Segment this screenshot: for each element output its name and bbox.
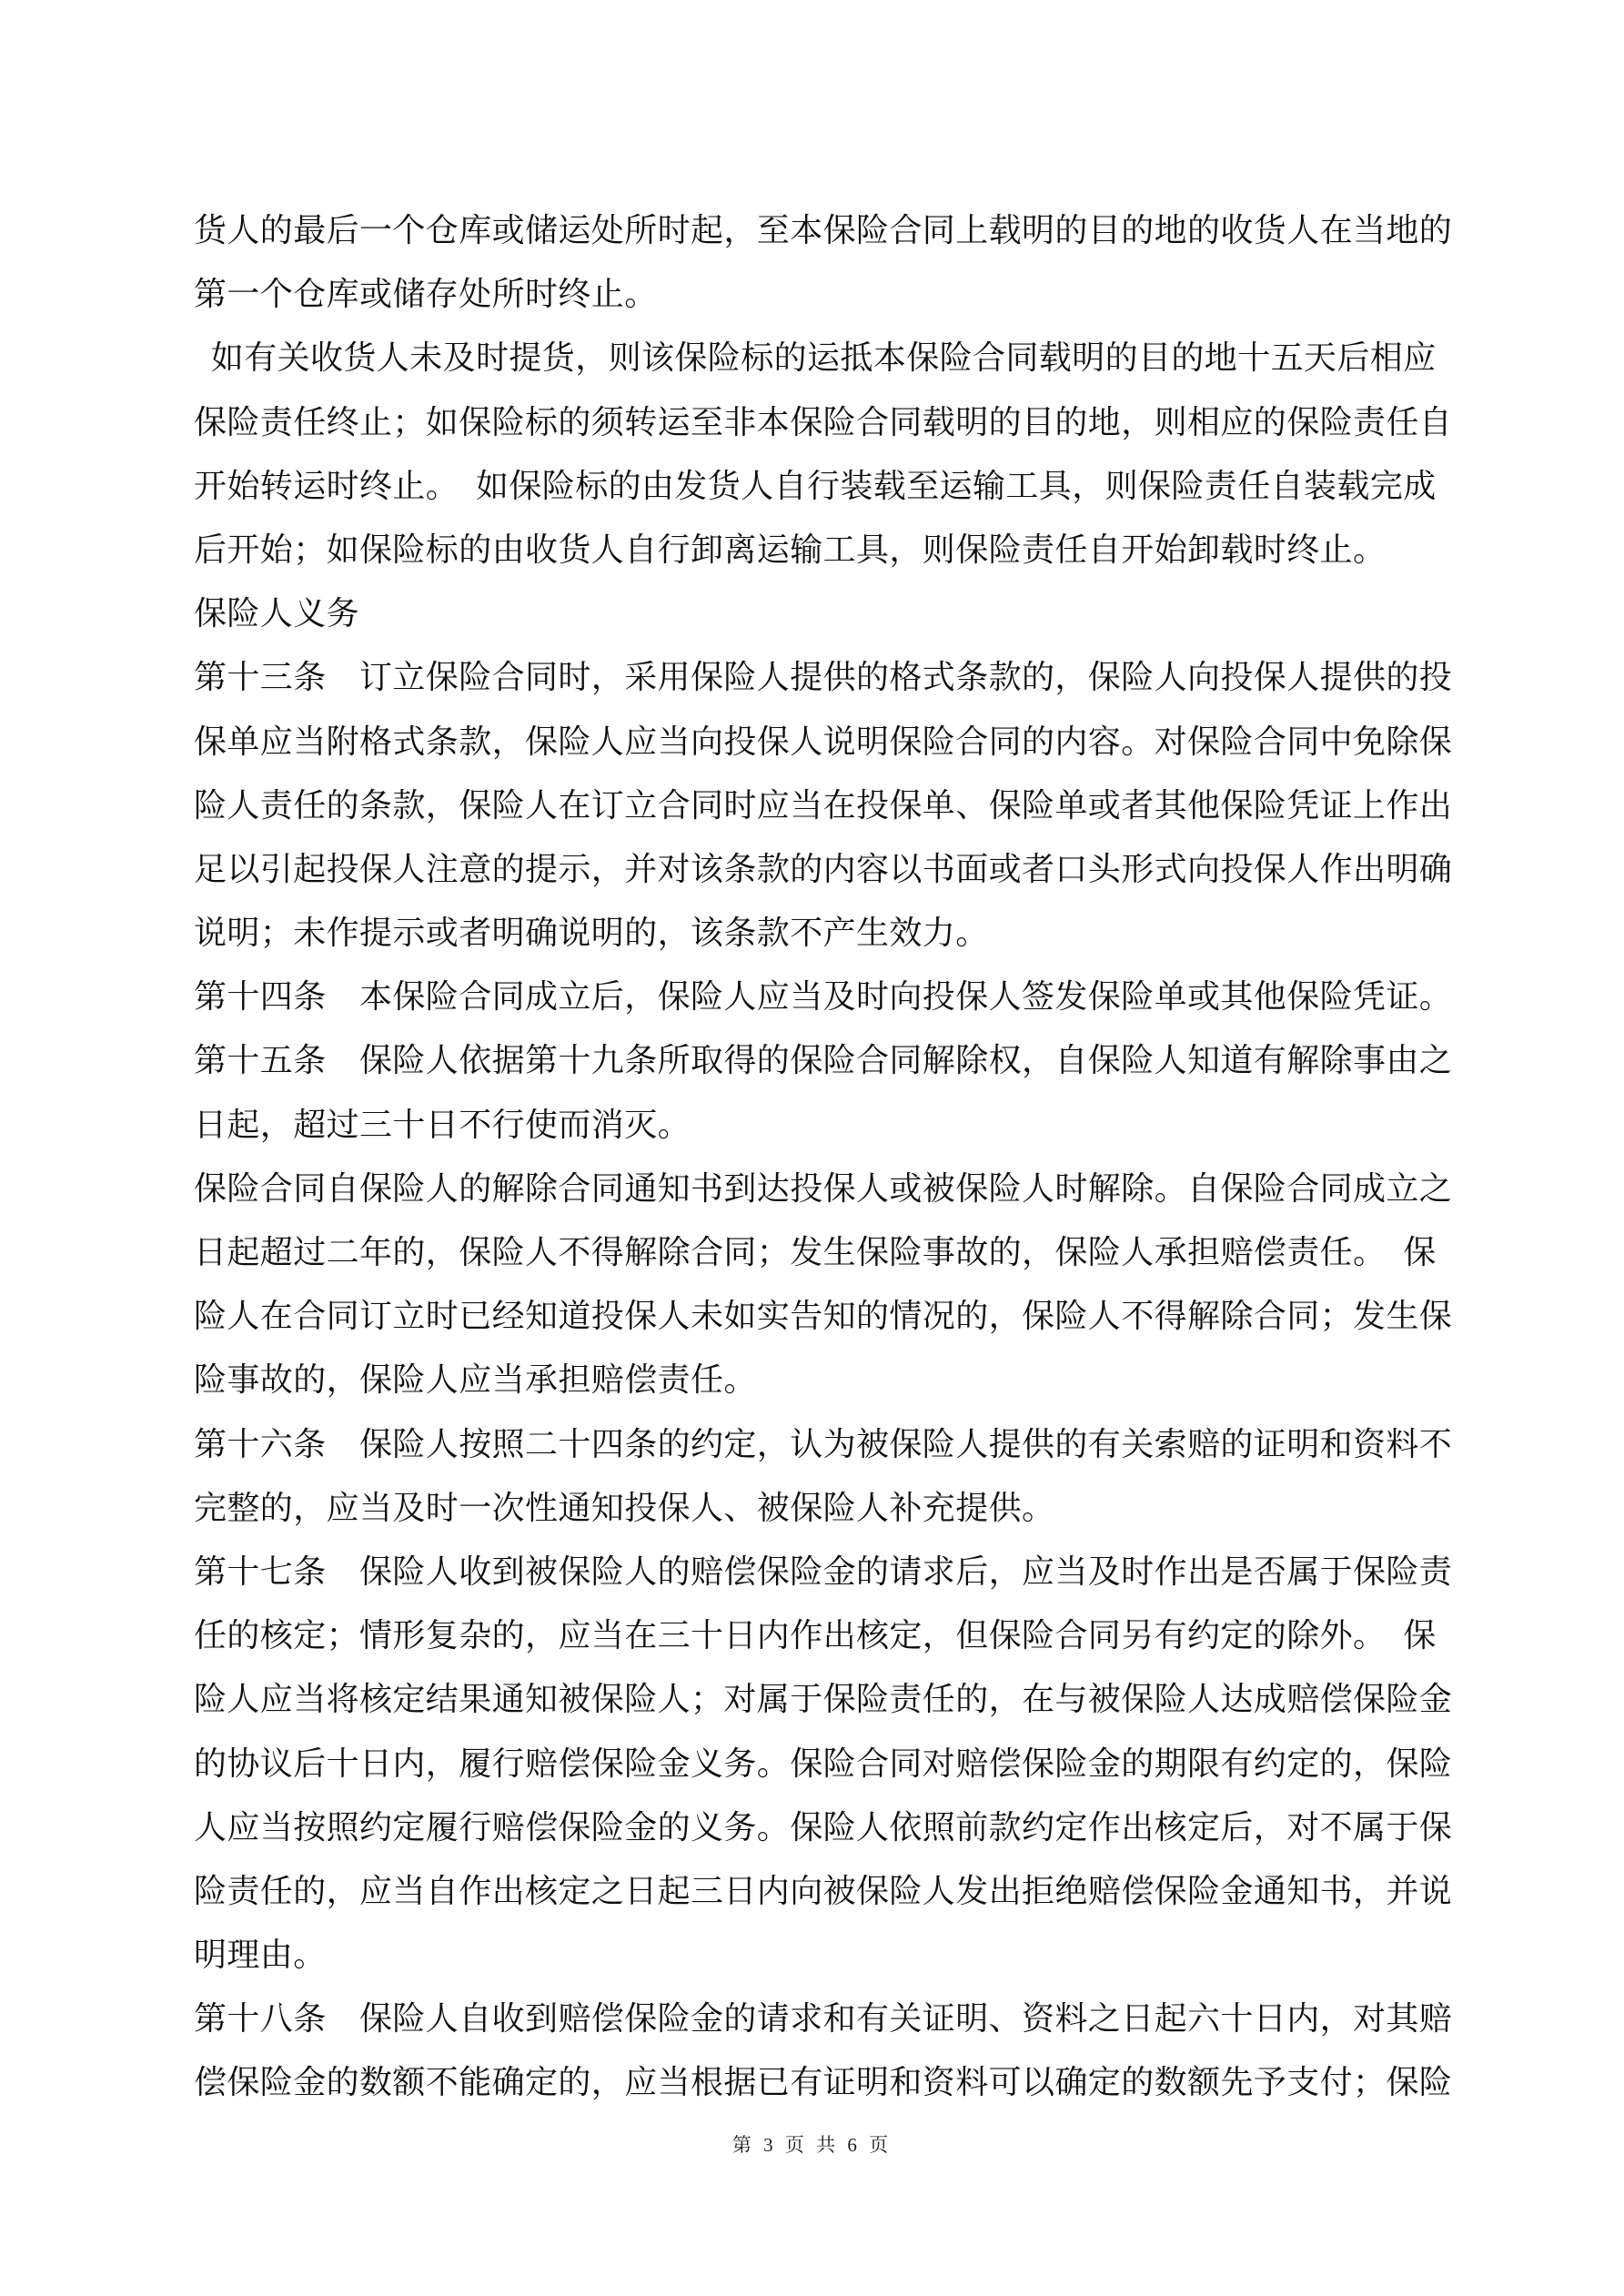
text-line: 人应当按照约定履行赔偿保险金的义务。保险人依照前款约定作出核定后，对不属于保	[194, 1795, 1468, 1859]
text-line: 完整的，应当及时一次性通知投保人、被保险人补充提供。	[194, 1476, 1468, 1540]
text-line: 明理由。	[194, 1923, 1468, 1987]
text-line: 险责任的，应当自作出核定之日起三日内向被保险人发出拒绝赔偿保险金通知书，并说	[194, 1859, 1468, 1923]
text-line: 后开始；如保险标的由收货人自行卸离运输工具，则保险责任自开始卸载时终止。	[194, 518, 1468, 582]
text-line: 保险责任终止；如保险标的须转运至非本保险合同载明的目的地，则相应的保险责任自	[194, 390, 1468, 454]
text-line: 第一个仓库或储存处所时终止。	[194, 262, 1468, 326]
text-line: 第十五条 保险人依据第十九条所取得的保险合同解除权，自保险人知道有解除事由之	[194, 1028, 1468, 1092]
document-body: 货人的最后一个仓库或储运处所时起，至本保险合同上载明的目的地的收货人在当地的第一…	[194, 198, 1468, 2115]
text-line: 保险人义务	[194, 582, 1468, 645]
text-line: 说明；未作提示或者明确说明的，该条款不产生效力。	[194, 901, 1468, 965]
text-line: 的协议后十日内，履行赔偿保险金义务。保险合同对赔偿保险金的期限有约定的，保险	[194, 1732, 1468, 1795]
text-line: 险人在合同订立时已经知道投保人未如实告知的情况的，保险人不得解除合同；发生保	[194, 1284, 1468, 1348]
text-line: 开始转运时终止。 如保险标的由发货人自行装载至运输工具，则保险责任自装载完成	[194, 454, 1468, 518]
document-page: 货人的最后一个仓库或储运处所时起，至本保险合同上载明的目的地的收货人在当地的第一…	[0, 0, 1624, 2296]
text-line: 保单应当附格式条款，保险人应当向投保人说明保险合同的内容。对保险合同中免除保	[194, 710, 1468, 774]
text-line: 任的核定；情形复杂的，应当在三十日内作出核定，但保险合同另有约定的除外。 保	[194, 1603, 1468, 1667]
text-line: 保险合同自保险人的解除合同通知书到达投保人或被保险人时解除。自保险合同成立之	[194, 1157, 1468, 1220]
text-line: 第十六条 保险人按照二十四条的约定，认为被保险人提供的有关索赔的证明和资料不	[194, 1412, 1468, 1476]
text-line: 第十八条 保险人自收到赔偿保险金的请求和有关证明、资料之日起六十日内，对其赔	[194, 1987, 1468, 2050]
text-line: 日起超过二年的，保险人不得解除合同；发生保险事故的，保险人承担赔偿责任。 保	[194, 1220, 1468, 1284]
text-line: 偿保险金的数额不能确定的，应当根据已有证明和资料可以确定的数额先予支付；保险	[194, 2050, 1468, 2114]
text-line: 第十四条 本保险合同成立后，保险人应当及时向投保人签发保险单或其他保险凭证。	[194, 965, 1468, 1028]
text-line: 险人责任的条款，保险人在订立合同时应当在投保单、保险单或者其他保险凭证上作出	[194, 774, 1468, 837]
text-line: 险事故的，保险人应当承担赔偿责任。	[194, 1348, 1468, 1411]
text-line: 如有关收货人未及时提货，则该保险标的运抵本保险合同载明的目的地十五天后相应	[194, 326, 1468, 389]
text-line: 货人的最后一个仓库或储运处所时起，至本保险合同上载明的目的地的收货人在当地的	[194, 198, 1468, 262]
text-line: 足以引起投保人注意的提示，并对该条款的内容以书面或者口头形式向投保人作出明确	[194, 837, 1468, 901]
text-line: 日起，超过三十日不行使而消灭。	[194, 1093, 1468, 1157]
text-line: 第十三条 订立保险合同时，采用保险人提供的格式条款的，保险人向投保人提供的投	[194, 645, 1468, 709]
text-line: 第十七条 保险人收到被保险人的赔偿保险金的请求后，应当及时作出是否属于保险责	[194, 1540, 1468, 1603]
text-line: 险人应当将核定结果通知被保险人；对属于保险责任的，在与被保险人达成赔偿保险金	[194, 1667, 1468, 1731]
page-footer: 第 3 页 共 6 页	[0, 2130, 1624, 2158]
